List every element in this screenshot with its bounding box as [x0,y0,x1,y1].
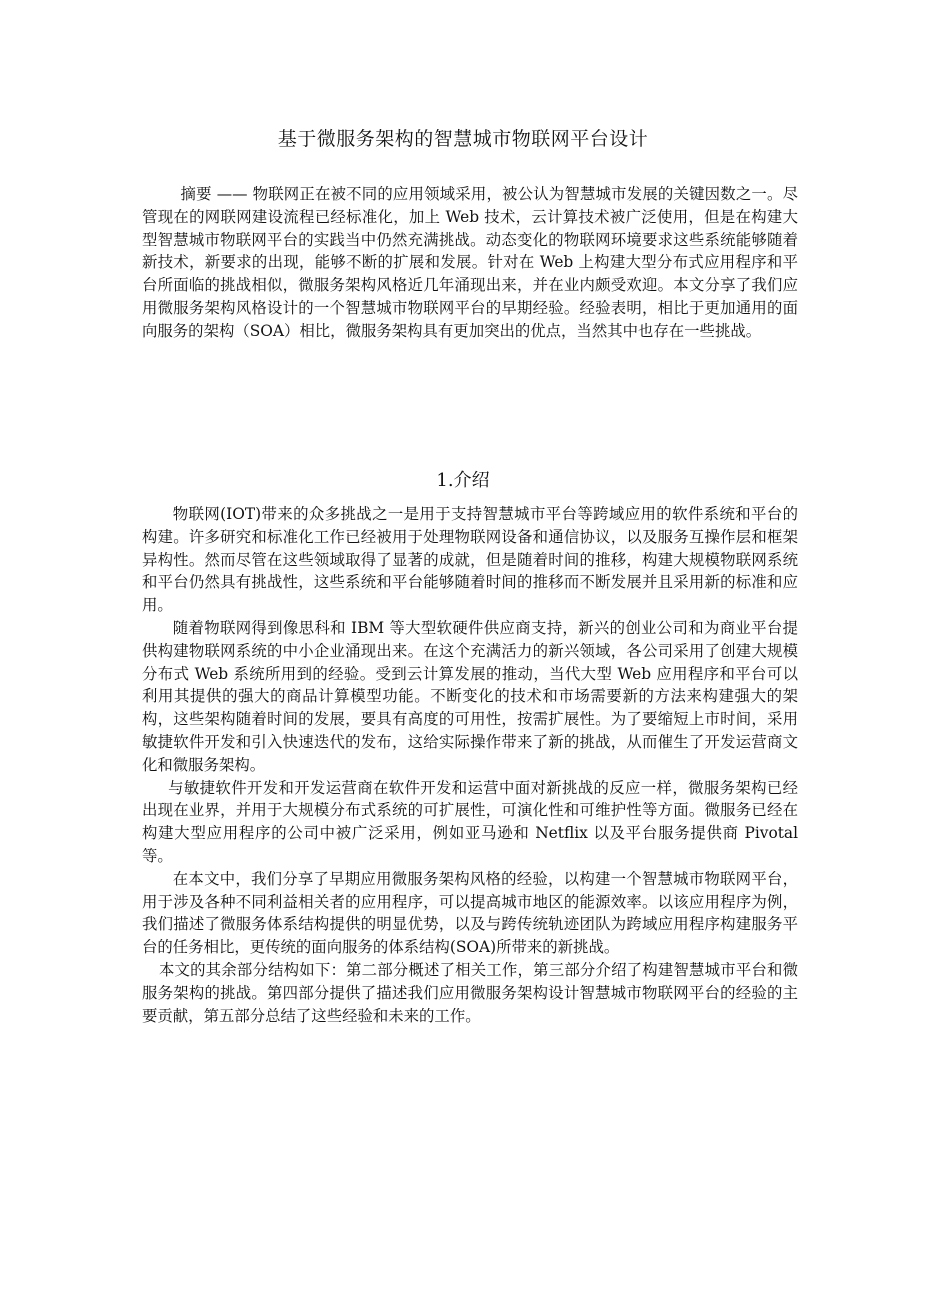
abstract-text: 摘要 —— 物联网正在被不同的应用领域采用，被公认为智慧城市发展的关键因数之一。… [142,183,798,343]
document-title: 基于微服务架构的智慧城市物联网平台设计 [0,124,926,151]
section-heading-introduction: 1.介绍 [0,466,926,492]
paragraph: 物联网(IOT)带来的众多挑战之一是用于支持智慧城市平台等跨域应用的软件系统和平… [142,503,798,617]
abstract: 摘要 —— 物联网正在被不同的应用领域采用，被公认为智慧城市发展的关键因数之一。… [142,183,798,343]
document-page: 基于微服务架构的智慧城市物联网平台设计 摘要 —— 物联网正在被不同的应用领域采… [0,0,926,1309]
paragraph: 随着物联网得到像思科和 IBM 等大型软硬件供应商支持，新兴的创业公司和为商业平… [142,617,798,777]
section-body-introduction: 物联网(IOT)带来的众多挑战之一是用于支持智慧城市平台等跨域应用的软件系统和平… [142,503,798,1027]
paragraph: 与敏捷软件开发和开发运营商在软件开发和运营中面对新挑战的反应一样，微服务架构已经… [142,777,798,868]
paragraph: 在本文中，我们分享了早期应用微服务架构风格的经验，以构建一个智慧城市物联网平台，… [142,868,798,959]
paragraph: 本文的其余部分结构如下：第二部分概述了相关工作，第三部分介绍了构建智慧城市平台和… [142,959,798,1027]
